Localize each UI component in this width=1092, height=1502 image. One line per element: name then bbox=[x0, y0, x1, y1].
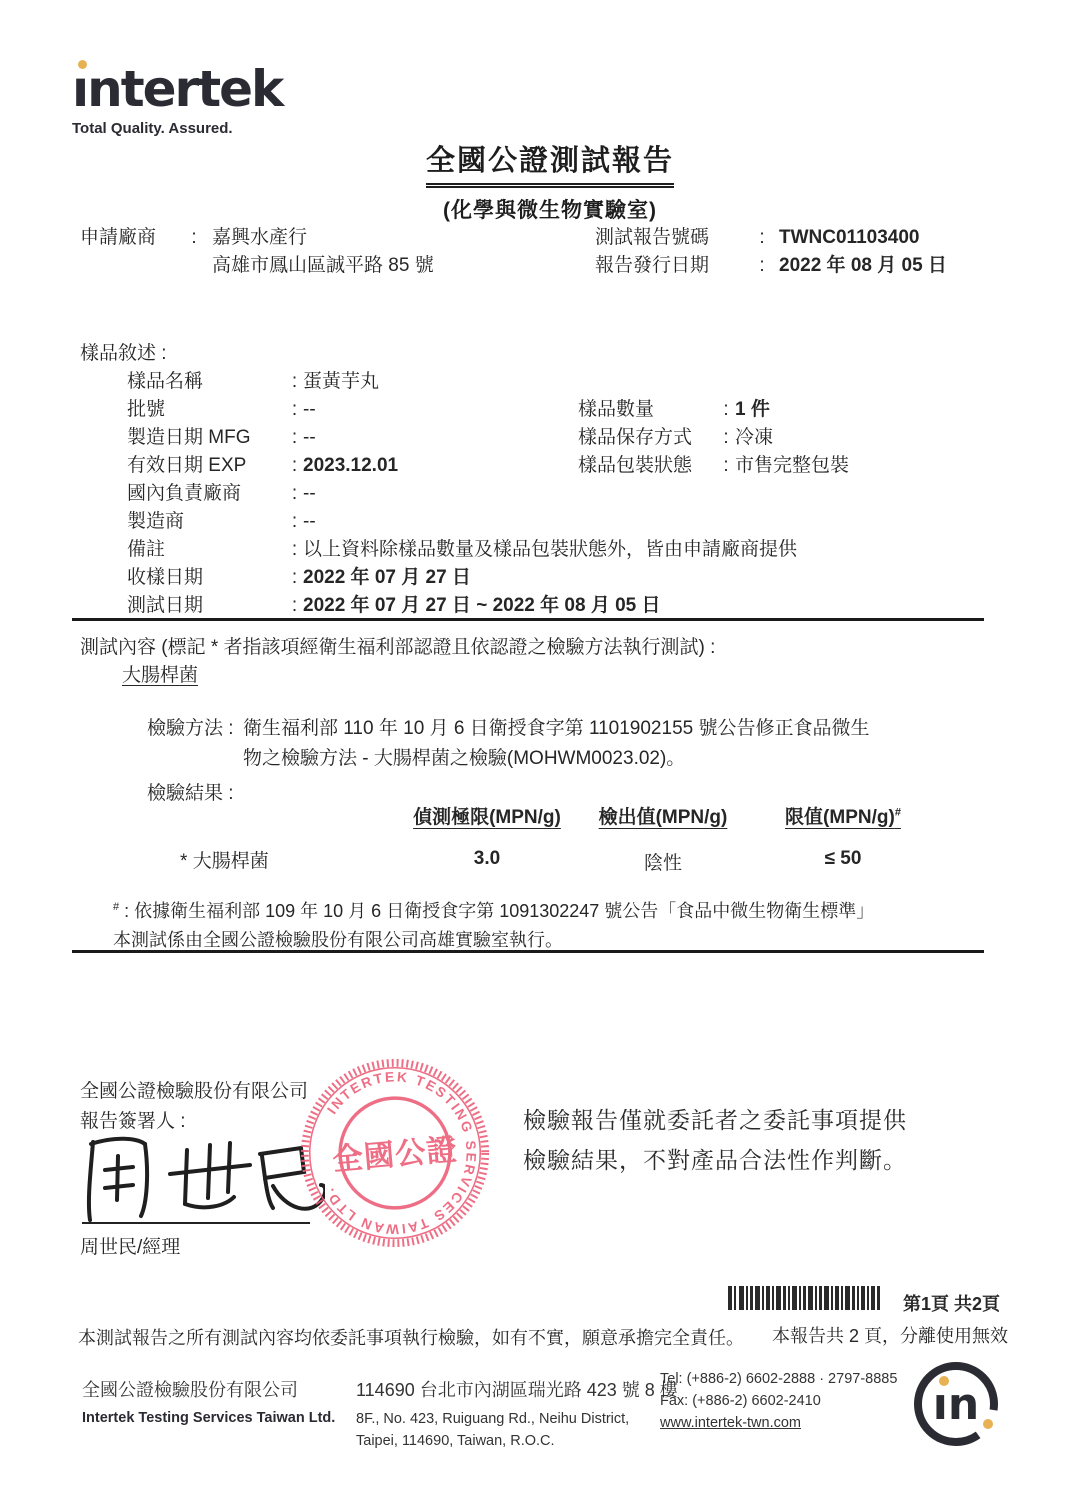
signature-company: 全國公證檢驗股份有限公司 bbox=[80, 1078, 308, 1106]
test-method-block: 檢驗方法 : 衛生福利部 110 年 10 月 6 日衛授食字第 1101902… bbox=[147, 714, 869, 774]
colon: : bbox=[745, 224, 779, 252]
colon: : bbox=[286, 368, 303, 396]
notice-line1: 檢驗報告僅就委託者之委託事項提供 bbox=[523, 1100, 907, 1140]
method-label: 檢驗方法 : bbox=[147, 714, 243, 774]
test-item-name: 大腸桿菌 bbox=[122, 662, 198, 690]
barcode-image bbox=[728, 1286, 880, 1310]
table-row: * 大腸桿菌 bbox=[180, 848, 269, 876]
table-header-limit: 限值(MPN/g)# bbox=[763, 802, 923, 829]
table-row-detection-limit: 3.0 bbox=[397, 848, 577, 870]
colon: : bbox=[717, 396, 735, 424]
sample-row: 收樣日期:2022 年 07 月 27 日 bbox=[127, 564, 797, 592]
report-title-block: 全國公證測試報告 (化學與微生物實驗室) bbox=[330, 138, 770, 224]
colon: : bbox=[745, 252, 779, 280]
limit-superscript: # bbox=[895, 807, 901, 819]
footer-contact-block: Tel: (+886-2) 6602-2888 · 2797-8885 Fax:… bbox=[660, 1368, 897, 1434]
notice-block: 檢驗報告僅就委託者之委託事項提供 檢驗結果，不對產品合法性作判斷。 bbox=[523, 1100, 907, 1180]
intertek-tagline: Total Quality. Assured. bbox=[72, 120, 282, 137]
footnote-line1: : 依據衛生福利部 109 年 10 月 6 日衛授食字第 1091302247… bbox=[119, 901, 874, 921]
table-header-detected-value: 檢出值(MPN/g) bbox=[583, 802, 743, 829]
svg-text:ın: ın bbox=[933, 1379, 979, 1430]
colon: : bbox=[286, 536, 303, 564]
footer-company-zh: 全國公證檢驗股份有限公司 bbox=[82, 1376, 335, 1402]
intertek-wordmark: ıntertek bbox=[72, 60, 282, 118]
test-report-page: ıntertek Total Quality. Assured. 全國公證測試報… bbox=[0, 0, 1092, 1502]
section-divider bbox=[72, 950, 984, 953]
footer-address-en2: Taipei, 114690, Taiwan, R.O.C. bbox=[356, 1430, 678, 1452]
colon: : bbox=[176, 224, 212, 252]
sample-row: 國內負責廠商:-- bbox=[127, 480, 797, 508]
applicant-block: 申請廠商 : 嘉興水產行 高雄市鳳山區誠平路 85 號 bbox=[80, 224, 434, 280]
report-no-value: TWNC01103400 bbox=[779, 224, 919, 252]
table-row-item: 大腸桿菌 bbox=[193, 851, 269, 872]
disclaimer-text: 本測試報告之所有測試內容均依委託事項執行檢驗，如有不實，願意承擔完全責任。 bbox=[78, 1324, 744, 1350]
sample-row: 製造商:-- bbox=[127, 508, 797, 536]
colon: : bbox=[286, 592, 303, 620]
report-title: 全國公證測試報告 bbox=[426, 138, 674, 188]
footer-address-zh: 114690 台北市內湖區瑞光路 423 號 8 樓 bbox=[356, 1376, 678, 1402]
intertek-in-circle-icon: ın bbox=[908, 1356, 1004, 1452]
colon: : bbox=[286, 564, 303, 592]
signature-line bbox=[82, 1222, 310, 1224]
issue-date-label: 報告發行日期 bbox=[595, 252, 745, 280]
table-row-detected-value: 陰性 bbox=[583, 848, 743, 875]
colon: : bbox=[286, 452, 303, 480]
colon: : bbox=[286, 396, 303, 424]
colon: : bbox=[286, 480, 303, 508]
signer-name-title: 周世民/經理 bbox=[80, 1234, 180, 1262]
footer-website-link: www.intertek-twn.com bbox=[660, 1412, 897, 1434]
table-row-limit: ≤ 50 bbox=[763, 848, 923, 870]
page-indicator: 第1頁 共2頁 bbox=[903, 1290, 1000, 1316]
colon: : bbox=[286, 508, 303, 536]
colon: : bbox=[286, 424, 303, 452]
test-content-heading: 測試內容 (標記 * 者指該項經衛生福利部認證且依認證之檢驗方法執行測試) : bbox=[80, 634, 715, 662]
company-seal-stamp: INTERTEK TESTING SERVICES TAIWAN LTD. 全國… bbox=[297, 1055, 493, 1251]
footer-tel: Tel: (+886-2) 6602-2888 · 2797-8885 bbox=[660, 1368, 897, 1390]
applicant-name: 嘉興水產行 bbox=[212, 224, 307, 252]
table-header-detection-limit: 偵測極限(MPN/g) bbox=[397, 802, 577, 829]
report-no-label: 測試報告號碼 bbox=[595, 224, 745, 252]
applicant-address: 高雄市鳳山區誠平路 85 號 bbox=[212, 252, 434, 280]
issue-date-value: 2022 年 08 月 05 日 bbox=[779, 252, 947, 280]
notice-line2: 檢驗結果，不對產品合法性作判斷。 bbox=[523, 1140, 907, 1180]
footer-address-en1: 8F., No. 423, Ruiguang Rd., Neihu Distri… bbox=[356, 1408, 678, 1430]
sample-row: 樣品包裝狀態:市售完整包裝 bbox=[578, 452, 849, 480]
footer-fax: Fax: (+886-2) 6602-2410 bbox=[660, 1390, 897, 1412]
method-text-line2: 物之檢驗方法 - 大腸桿菌之檢驗(MOHWM0023.02)。 bbox=[243, 744, 869, 774]
footer-company-en: Intertek Testing Services Taiwan Ltd. bbox=[82, 1410, 335, 1426]
footer-address-block: 114690 台北市內湖區瑞光路 423 號 8 樓 8F., No. 423,… bbox=[356, 1376, 678, 1452]
sample-row: 樣品保存方式:冷凍 bbox=[578, 424, 849, 452]
section-divider bbox=[72, 618, 984, 621]
sample-row: 備註:以上資料除樣品數量及樣品包裝狀態外，皆由申請廠商提供 bbox=[127, 536, 797, 564]
sample-row: 樣品名稱:蛋黃芋丸 bbox=[127, 368, 797, 396]
sample-row: 樣品數量:1 件 bbox=[578, 396, 849, 424]
intertek-logo-dot-icon bbox=[78, 60, 87, 69]
report-subtitle: (化學與微生物實驗室) bbox=[330, 194, 770, 224]
footnote-block: # : 依據衛生福利部 109 年 10 月 6 日衛授食字第 10913022… bbox=[113, 893, 973, 955]
sample-section-label: 樣品敘述 : bbox=[80, 340, 167, 368]
applicant-label: 申請廠商 bbox=[80, 224, 176, 252]
signature-handwriting bbox=[75, 1128, 325, 1228]
stamp-center-text: 全國公證 bbox=[331, 1131, 459, 1177]
footer-company-block: 全國公證檢驗股份有限公司 Intertek Testing Services T… bbox=[82, 1376, 335, 1426]
result-label: 檢驗結果 : bbox=[147, 780, 234, 808]
colon: : bbox=[717, 424, 735, 452]
page-note: 本報告共 2 頁，分離使用無效 bbox=[772, 1322, 1008, 1348]
sample-row: 測試日期:2022 年 07 月 27 日 ~ 2022 年 08 月 05 日 bbox=[127, 592, 797, 620]
method-text-line1: 衛生福利部 110 年 10 月 6 日衛授食字第 1101902155 號公告… bbox=[243, 714, 869, 744]
intertek-logo: ıntertek Total Quality. Assured. bbox=[72, 64, 282, 137]
accredited-mark: * bbox=[180, 851, 187, 872]
colon: : bbox=[717, 452, 735, 480]
sample-right-rows: 樣品數量:1 件 樣品保存方式:冷凍 樣品包裝狀態:市售完整包裝 bbox=[578, 396, 849, 480]
report-meta-block: 測試報告號碼 : TWNC01103400 報告發行日期 : 2022 年 08… bbox=[595, 224, 947, 280]
